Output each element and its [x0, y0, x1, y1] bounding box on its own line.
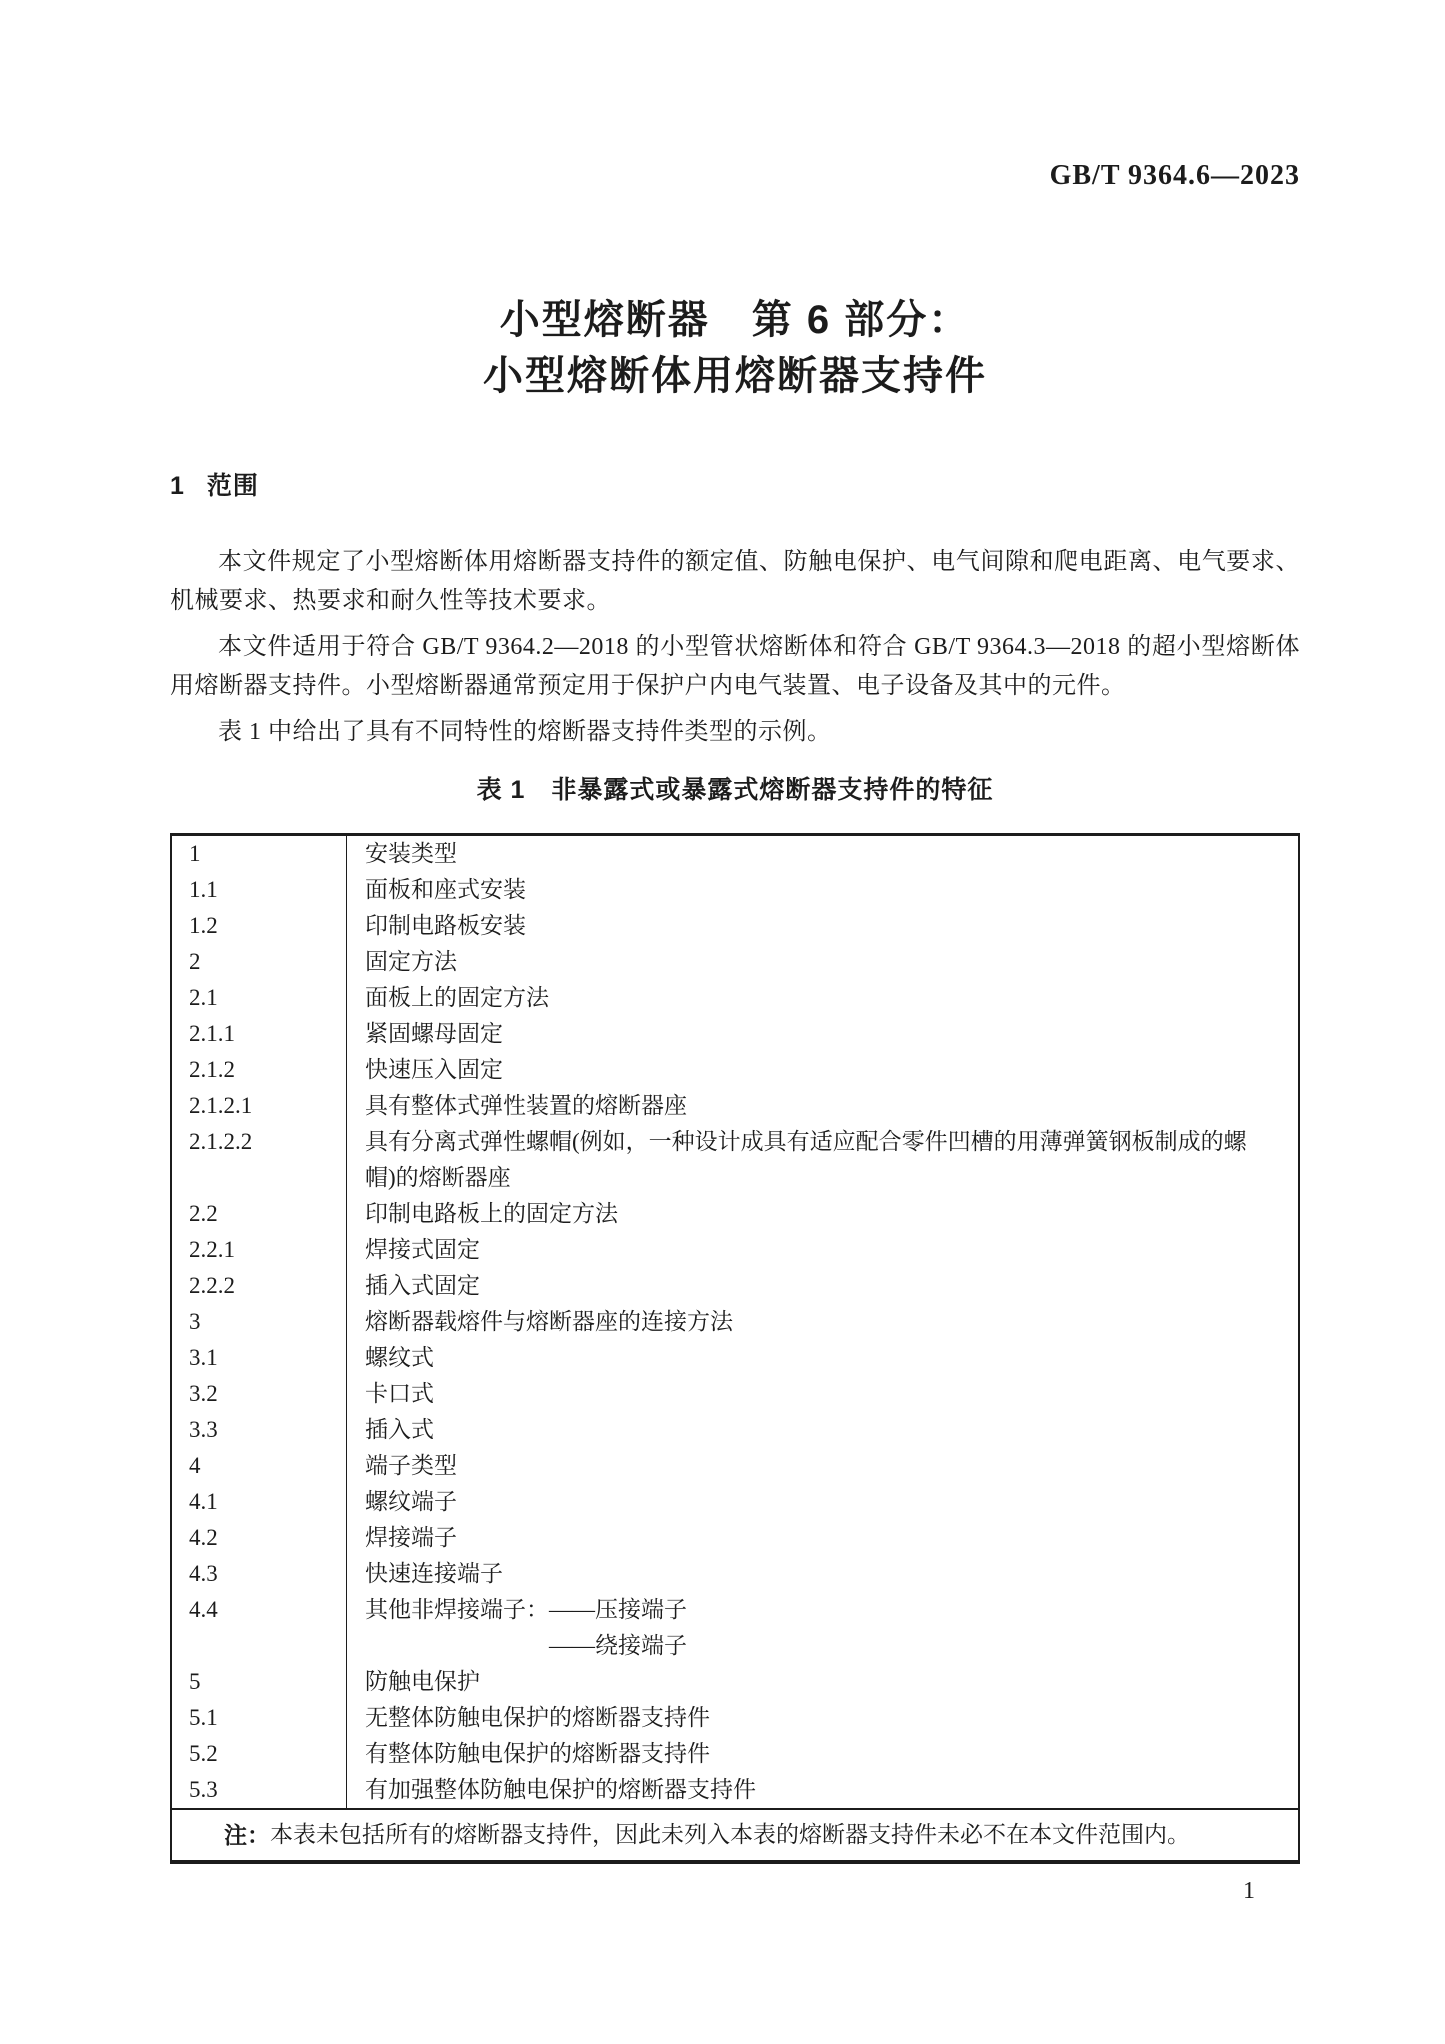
table-row: 1.1面板和座式安装: [172, 872, 1298, 908]
table-row: 2.2.1焊接式固定: [172, 1232, 1298, 1268]
row-text-line1: 具有整体式弹性装置的熔断器座: [365, 1088, 1276, 1124]
row-text-line1: 具有分离式弹性螺帽(例如，一种设计成具有适应配合零件凹槽的用薄弹簧钢板制成的螺帽…: [365, 1124, 1276, 1196]
table-row: 2.2印制电路板上的固定方法: [172, 1196, 1298, 1232]
table-row: 3.3插入式: [172, 1412, 1298, 1448]
document-title-line1: 小型熔断器 第 6 部分：: [170, 292, 1300, 348]
table-row: 2固定方法: [172, 944, 1298, 980]
row-number: 4.4: [172, 1592, 347, 1664]
table-row: 2.2.2插入式固定: [172, 1268, 1298, 1304]
row-text: 有加强整体防触电保护的熔断器支持件: [347, 1772, 1298, 1808]
table-row: 2.1.2.1具有整体式弹性装置的熔断器座: [172, 1088, 1298, 1124]
row-number: 3.1: [172, 1340, 347, 1376]
table-row: 2.1面板上的固定方法: [172, 980, 1298, 1016]
row-text-line1: 熔断器载熔件与熔断器座的连接方法: [365, 1304, 1276, 1340]
row-number: 5.1: [172, 1700, 347, 1736]
row-number: 2.1.2.2: [172, 1124, 347, 1196]
row-text: 印制电路板上的固定方法: [347, 1196, 1298, 1232]
paragraph: 表 1 中给出了具有不同特性的熔断器支持件类型的示例。: [170, 713, 1300, 752]
row-text: 固定方法: [347, 944, 1298, 980]
document-page: GB/T 9364.6—2023 小型熔断器 第 6 部分： 小型熔断体用熔断器…: [170, 0, 1300, 2044]
row-number: 2.1.2.1: [172, 1088, 347, 1124]
table-row: 2.1.2快速压入固定: [172, 1052, 1298, 1088]
row-number: 2.2.1: [172, 1232, 347, 1268]
row-number: 3.3: [172, 1412, 347, 1448]
row-text: 面板和座式安装: [347, 872, 1298, 908]
table-row: 4.4其他非焊接端子：——压接端子——绕接端子: [172, 1592, 1298, 1664]
table-row: 4端子类型: [172, 1448, 1298, 1484]
table-row: 3.1螺纹式: [172, 1340, 1298, 1376]
table-note-label: 注：: [224, 1818, 270, 1852]
row-number: 3: [172, 1304, 347, 1340]
row-text-line1: 焊接端子: [365, 1520, 1276, 1556]
row-number: 2.1.1: [172, 1016, 347, 1052]
row-number: 5.2: [172, 1736, 347, 1772]
section-number: 1: [170, 472, 185, 500]
row-number: 5: [172, 1664, 347, 1700]
row-text: 安装类型: [347, 836, 1298, 872]
table-row: 1安装类型: [172, 836, 1298, 872]
row-text: 具有整体式弹性装置的熔断器座: [347, 1088, 1298, 1124]
table-row: 5.1无整体防触电保护的熔断器支持件: [172, 1700, 1298, 1736]
row-text-line1: 焊接式固定: [365, 1232, 1276, 1268]
row-number: 4.2: [172, 1520, 347, 1556]
table-row: 2.1.1紧固螺母固定: [172, 1016, 1298, 1052]
row-text-line1: 快速连接端子: [365, 1556, 1276, 1592]
row-text: 印制电路板安装: [347, 908, 1298, 944]
row-number: 1.1: [172, 872, 347, 908]
row-text-line1: 插入式固定: [365, 1268, 1276, 1304]
row-text-line1: 有加强整体防触电保护的熔断器支持件: [365, 1772, 1276, 1808]
section-title: 范围: [207, 472, 259, 500]
row-text-line2: ——绕接端子: [365, 1628, 1276, 1664]
table-row: 2.1.2.2具有分离式弹性螺帽(例如，一种设计成具有适应配合零件凹槽的用薄弹簧…: [172, 1124, 1298, 1196]
row-text-line1: 面板上的固定方法: [365, 980, 1276, 1016]
row-text-line1: 印制电路板上的固定方法: [365, 1196, 1276, 1232]
paragraph: 本文件适用于符合 GB/T 9364.2—2018 的小型管状熔断体和符合 GB…: [170, 628, 1300, 706]
row-number: 2.2: [172, 1196, 347, 1232]
row-text: 熔断器载熔件与熔断器座的连接方法: [347, 1304, 1298, 1340]
fuse-table-body: 1安装类型1.1面板和座式安装1.2印制电路板安装2固定方法2.1面板上的固定方…: [172, 836, 1298, 1808]
row-text-line1: 面板和座式安装: [365, 872, 1276, 908]
table-row: 5.2有整体防触电保护的熔断器支持件: [172, 1736, 1298, 1772]
row-text-line1: 螺纹式: [365, 1340, 1276, 1376]
row-text: 防触电保护: [347, 1664, 1298, 1700]
table-row: 5防触电保护: [172, 1664, 1298, 1700]
row-text: 焊接式固定: [347, 1232, 1298, 1268]
paragraph: 本文件规定了小型熔断体用熔断器支持件的额定值、防触电保护、电气间隙和爬电距离、电…: [170, 543, 1300, 621]
row-text-line1: 卡口式: [365, 1376, 1276, 1412]
row-text-line1: 端子类型: [365, 1448, 1276, 1484]
row-number: 2.2.2: [172, 1268, 347, 1304]
row-text: 插入式固定: [347, 1268, 1298, 1304]
row-text-line1: 防触电保护: [365, 1664, 1276, 1700]
row-number: 4.3: [172, 1556, 347, 1592]
table-row: 1.2印制电路板安装: [172, 908, 1298, 944]
row-number: 2: [172, 944, 347, 980]
table-row: 4.3快速连接端子: [172, 1556, 1298, 1592]
row-number: 4: [172, 1448, 347, 1484]
row-text-line1: 快速压入固定: [365, 1052, 1276, 1088]
row-number: 2.1.2: [172, 1052, 347, 1088]
row-text-line1: 螺纹端子: [365, 1484, 1276, 1520]
row-text: 快速连接端子: [347, 1556, 1298, 1592]
row-text: 其他非焊接端子：——压接端子——绕接端子: [347, 1592, 1298, 1664]
section-heading: 1范围: [170, 466, 259, 502]
row-text: 具有分离式弹性螺帽(例如，一种设计成具有适应配合零件凹槽的用薄弹簧钢板制成的螺帽…: [347, 1124, 1298, 1196]
table-note-row: 注： 本表未包括所有的熔断器支持件，因此未列入本表的熔断器支持件未必不在本文件范…: [172, 1808, 1298, 1860]
row-text: 有整体防触电保护的熔断器支持件: [347, 1736, 1298, 1772]
row-text-line1: 印制电路板安装: [365, 908, 1276, 944]
row-number: 2.1: [172, 980, 347, 1016]
row-text: 螺纹端子: [347, 1484, 1298, 1520]
row-text-line1: 其他非焊接端子：——压接端子: [365, 1592, 1276, 1628]
page-number: 1: [1243, 1878, 1255, 1905]
row-number: 3.2: [172, 1376, 347, 1412]
row-text-line1: 安装类型: [365, 836, 1276, 872]
table-row: 3.2卡口式: [172, 1376, 1298, 1412]
scope-paragraphs: 本文件规定了小型熔断体用熔断器支持件的额定值、防触电保护、电气间隙和爬电距离、电…: [170, 543, 1300, 752]
row-number: 1.2: [172, 908, 347, 944]
table-row: 4.1螺纹端子: [172, 1484, 1298, 1520]
row-text: 快速压入固定: [347, 1052, 1298, 1088]
row-text-line1: 有整体防触电保护的熔断器支持件: [365, 1736, 1276, 1772]
table-note-text: 本表未包括所有的熔断器支持件，因此未列入本表的熔断器支持件未必不在本文件范围内。: [270, 1818, 1190, 1852]
table-caption: 表 1 非暴露式或暴露式熔断器支持件的特征: [170, 770, 1300, 806]
table-row: 4.2焊接端子: [172, 1520, 1298, 1556]
table-row: 5.3有加强整体防触电保护的熔断器支持件: [172, 1772, 1298, 1808]
row-text: 焊接端子: [347, 1520, 1298, 1556]
row-text-line1: 固定方法: [365, 944, 1276, 980]
document-title-line2: 小型熔断体用熔断器支持件: [170, 348, 1300, 404]
row-text: 卡口式: [347, 1376, 1298, 1412]
row-number: 4.1: [172, 1484, 347, 1520]
row-number: 1: [172, 836, 347, 872]
fuse-holder-characteristics-table: 1安装类型1.1面板和座式安装1.2印制电路板安装2固定方法2.1面板上的固定方…: [170, 833, 1300, 1864]
row-text: 端子类型: [347, 1448, 1298, 1484]
row-text-line1: 紧固螺母固定: [365, 1016, 1276, 1052]
row-number: 5.3: [172, 1772, 347, 1808]
row-text-line1: 无整体防触电保护的熔断器支持件: [365, 1700, 1276, 1736]
row-text: 面板上的固定方法: [347, 980, 1298, 1016]
document-title: 小型熔断器 第 6 部分： 小型熔断体用熔断器支持件: [170, 292, 1300, 404]
row-text: 插入式: [347, 1412, 1298, 1448]
row-text: 螺纹式: [347, 1340, 1298, 1376]
row-text: 紧固螺母固定: [347, 1016, 1298, 1052]
row-text-line1: 插入式: [365, 1412, 1276, 1448]
table-row: 3熔断器载熔件与熔断器座的连接方法: [172, 1304, 1298, 1340]
standard-number: GB/T 9364.6—2023: [1050, 160, 1300, 192]
row-text: 无整体防触电保护的熔断器支持件: [347, 1700, 1298, 1736]
